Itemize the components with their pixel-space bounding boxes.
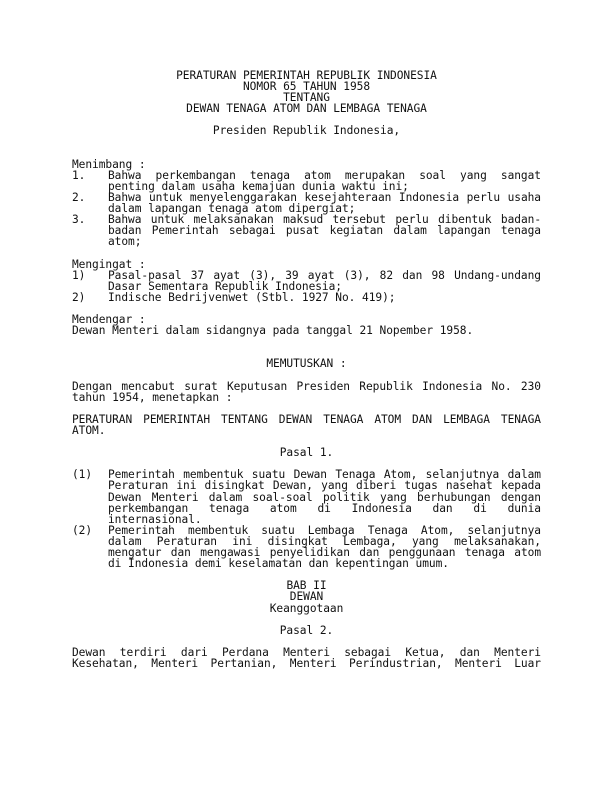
bab-subtitle: Keanggotaan: [72, 603, 541, 614]
item-number: 3.: [72, 214, 108, 247]
clause-text: Pemerintah membentuk suatu Dewan Tenaga …: [108, 469, 541, 524]
item-text: Pasal-pasal 37 ayat (3), 39 ayat (3), 82…: [108, 270, 541, 292]
enactment-paragraph: PERATURAN PEMERINTAH TENTANG DEWAN TENAG…: [72, 414, 541, 436]
pasal-1-clause: (1) Pemerintah membentuk suatu Dewan Ten…: [72, 469, 541, 524]
pasal-2-paragraph: Dewan terdiri dari Perdana Menteri sebag…: [72, 647, 541, 669]
repeal-paragraph: Dengan mencabut surat Keputusan Presiden…: [72, 381, 541, 403]
president-line: Presiden Republik Indonesia,: [72, 125, 541, 136]
item-text: Bahwa untuk melaksanakan maksud tersebut…: [108, 214, 541, 247]
item-number: 1.: [72, 170, 108, 192]
mengingat-item: 1) Pasal-pasal 37 ayat (3), 39 ayat (3),…: [72, 270, 541, 292]
menimbang-item: 1. Bahwa perkembangan tenaga atom merupa…: [72, 170, 541, 192]
item-number: 2.: [72, 192, 108, 214]
document-page: PERATURAN PEMERINTAH REPUBLIK INDONESIA …: [72, 70, 541, 669]
clause-number: (2): [72, 525, 108, 569]
pasal-1-heading: Pasal 1.: [72, 447, 541, 458]
clause-number: (1): [72, 469, 108, 524]
clause-text: Pemerintah membentuk suatu Lembaga Tenag…: [108, 525, 541, 569]
item-number: 1): [72, 270, 108, 292]
mengingat-item: 2) Indische Bedrijvenwet (Stbl. 1927 No.…: [72, 292, 541, 303]
pasal-2-heading: Pasal 2.: [72, 625, 541, 636]
item-text: Bahwa perkembangan tenaga atom merupakan…: [108, 170, 541, 192]
memutuskan-heading: MEMUTUSKAN :: [72, 358, 541, 369]
menimbang-item: 3. Bahwa untuk melaksanakan maksud terse…: [72, 214, 541, 247]
title-line-4: DEWAN TENAGA ATOM DAN LEMBAGA TENAGA: [72, 103, 541, 114]
bab-title: DEWAN: [72, 591, 541, 602]
pasal-1-clause: (2) Pemerintah membentuk suatu Lembaga T…: [72, 525, 541, 569]
item-text: Bahwa untuk menyelenggarakan kesejahtera…: [108, 192, 541, 214]
item-number: 2): [72, 292, 108, 303]
menimbang-item: 2. Bahwa untuk menyelenggarakan kesejaht…: [72, 192, 541, 214]
mendengar-text: Dewan Menteri dalam sidangnya pada tangg…: [72, 325, 541, 336]
item-text: Indische Bedrijvenwet (Stbl. 1927 No. 41…: [108, 292, 541, 303]
